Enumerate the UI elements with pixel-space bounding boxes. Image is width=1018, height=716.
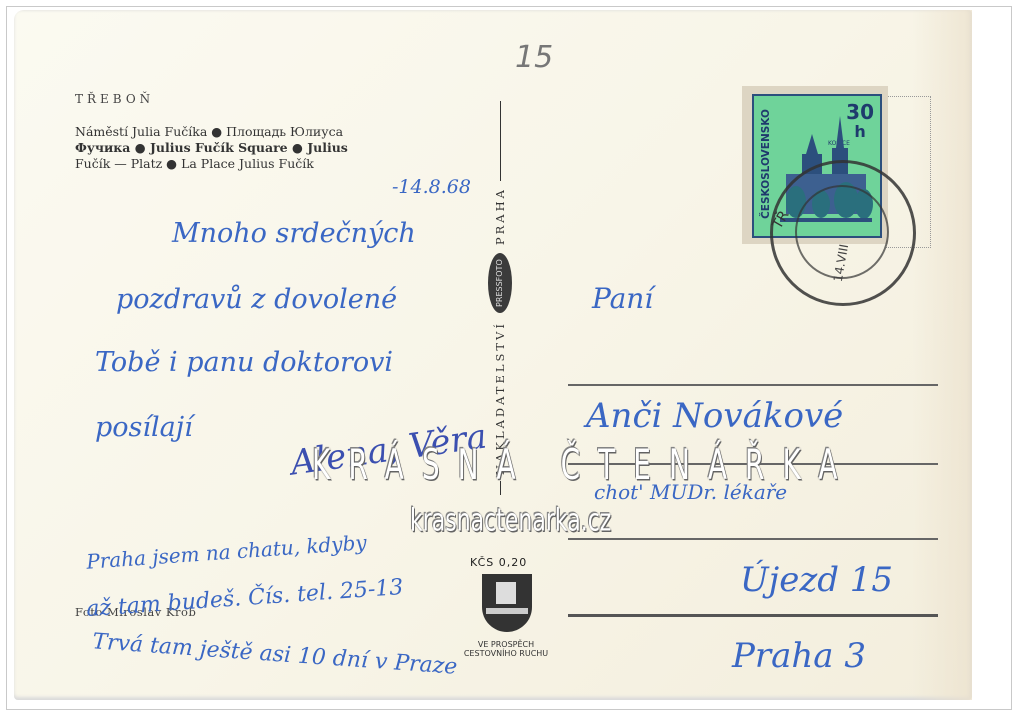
- message-line: Mnoho srdečných: [172, 218, 416, 249]
- caption-line: Náměstí Julia Fučíka ● Площадь Юлиуса: [75, 124, 455, 140]
- wall-icon: [486, 608, 528, 614]
- message-line: pozdravů z dovolené: [116, 284, 397, 315]
- address-line: [568, 384, 938, 386]
- divider-line: [500, 101, 501, 181]
- price-label: KČS 0,20: [470, 556, 527, 569]
- price-mark: KČS 0,20 VE PROSPĚCH CESTOVNÍHO RUCHU: [452, 556, 558, 666]
- pressfoto-logo: PRESSFOTO: [488, 253, 512, 313]
- address-street: Újezd 15: [740, 560, 893, 600]
- address-city: Praha 3: [732, 636, 866, 676]
- watermark-title: KRÁSNÁ ČTENÁŘKA: [312, 440, 856, 490]
- address-name: Anči Novákové: [586, 396, 843, 436]
- publisher-divider: NAKLADATELSTVÍ PRESSFOTO PRAHA: [488, 101, 512, 495]
- tower-icon: [496, 582, 516, 604]
- postcard-title: TŘEBOŇ: [75, 92, 154, 106]
- price-arc-text: VE PROSPĚCH CESTOVNÍHO RUCHU: [456, 640, 556, 658]
- handwritten-date: -14.8.68: [392, 176, 471, 198]
- message-line: posílají: [95, 412, 193, 443]
- address-line: [568, 538, 938, 540]
- watermark-url: krasnactenarka.cz: [410, 504, 611, 539]
- publisher-city: PRAHA: [493, 187, 507, 245]
- caption-line: Фучика ● Julius Fučík Square ● Julius: [75, 140, 455, 156]
- caption-line: Fučík — Platz ● La Place Julius Fučík: [75, 156, 455, 172]
- message-line: Tobě i panu doktorovi: [95, 347, 393, 378]
- shield-icon: [482, 574, 532, 632]
- postcard-caption: Náměstí Julia Fučíka ● Площадь Юлиуса Фу…: [75, 124, 455, 172]
- address-line: [568, 614, 938, 617]
- corner-number: 15: [515, 40, 553, 75]
- stamp-country: ČESKOSLOVENSKO: [756, 98, 774, 232]
- address-salutation: Paní: [592, 282, 653, 315]
